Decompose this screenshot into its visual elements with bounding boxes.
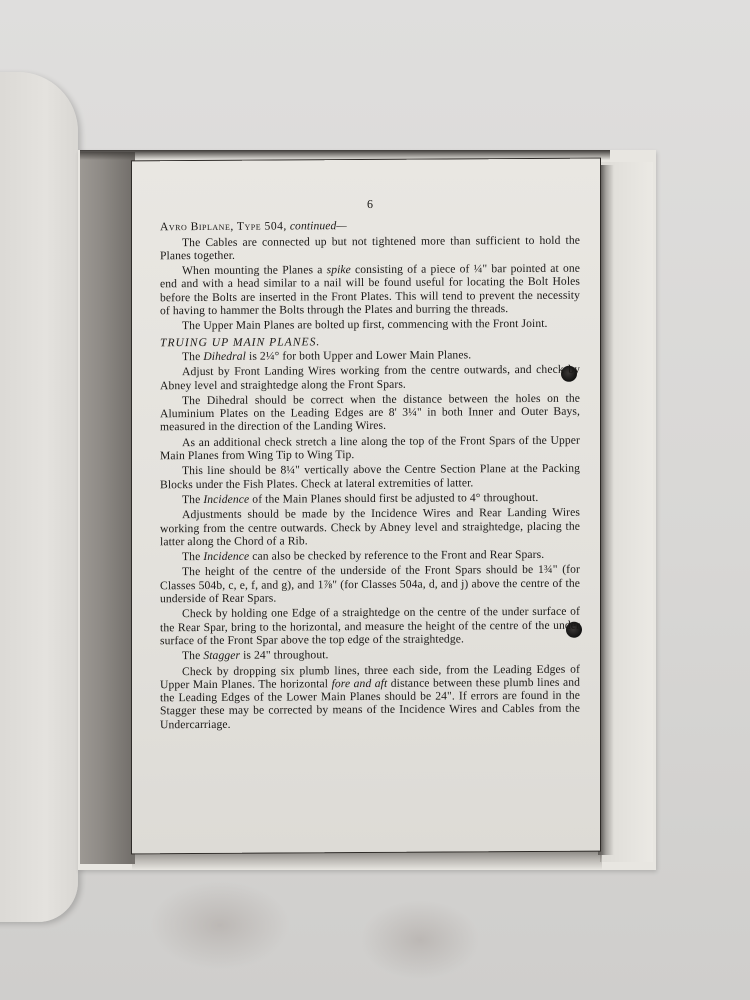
section-heading: TRUING UP MAIN PLANES. <box>160 333 580 349</box>
table-stain <box>150 880 290 970</box>
paragraph: The Incidence of the Main Planes should … <box>160 491 580 507</box>
page-content: 6 Avro Biplane, Type 504, continued— The… <box>160 197 580 734</box>
running-head-title: Avro Biplane, Type 504, <box>160 220 287 234</box>
paragraph: Check by holding one Edge of a straighte… <box>160 605 580 647</box>
paragraph: When mounting the Planes a spike consist… <box>160 262 580 318</box>
table-stain <box>360 900 480 980</box>
paragraph: The Incidence can also be checked by ref… <box>160 548 580 564</box>
paragraph: The Dihedral should be correct when the … <box>160 392 580 434</box>
document-page: 6 Avro Biplane, Type 504, continued— The… <box>132 159 600 854</box>
paragraph: Check by dropping six plumb lines, three… <box>160 662 580 731</box>
left-facing-page-edge <box>0 72 78 922</box>
paragraph: The height of the centre of the undersid… <box>160 563 580 605</box>
paragraph: The Dihedral is 2¼° for both Upper and L… <box>160 348 580 364</box>
paragraph: Adjust by Front Landing Wires working fr… <box>160 363 580 392</box>
paragraph: The Stagger is 24" throughout. <box>160 647 580 663</box>
photocopy-right-edge <box>598 165 614 855</box>
paragraph: The Cables are connected up but not tigh… <box>160 233 580 262</box>
page-number: 6 <box>160 197 580 213</box>
paragraph: This line should be 8¼" vertically above… <box>160 462 580 491</box>
paragraph: The Upper Main Planes are bolted up firs… <box>160 317 580 333</box>
running-head: Avro Biplane, Type 504, continued— <box>160 218 580 234</box>
paragraph: Adjustments should be made by the Incide… <box>160 506 580 548</box>
running-head-continued: continued— <box>290 219 347 232</box>
photocopy-gutter-shadow <box>80 152 135 864</box>
paragraph: As an additional check stretch a line al… <box>160 433 580 462</box>
